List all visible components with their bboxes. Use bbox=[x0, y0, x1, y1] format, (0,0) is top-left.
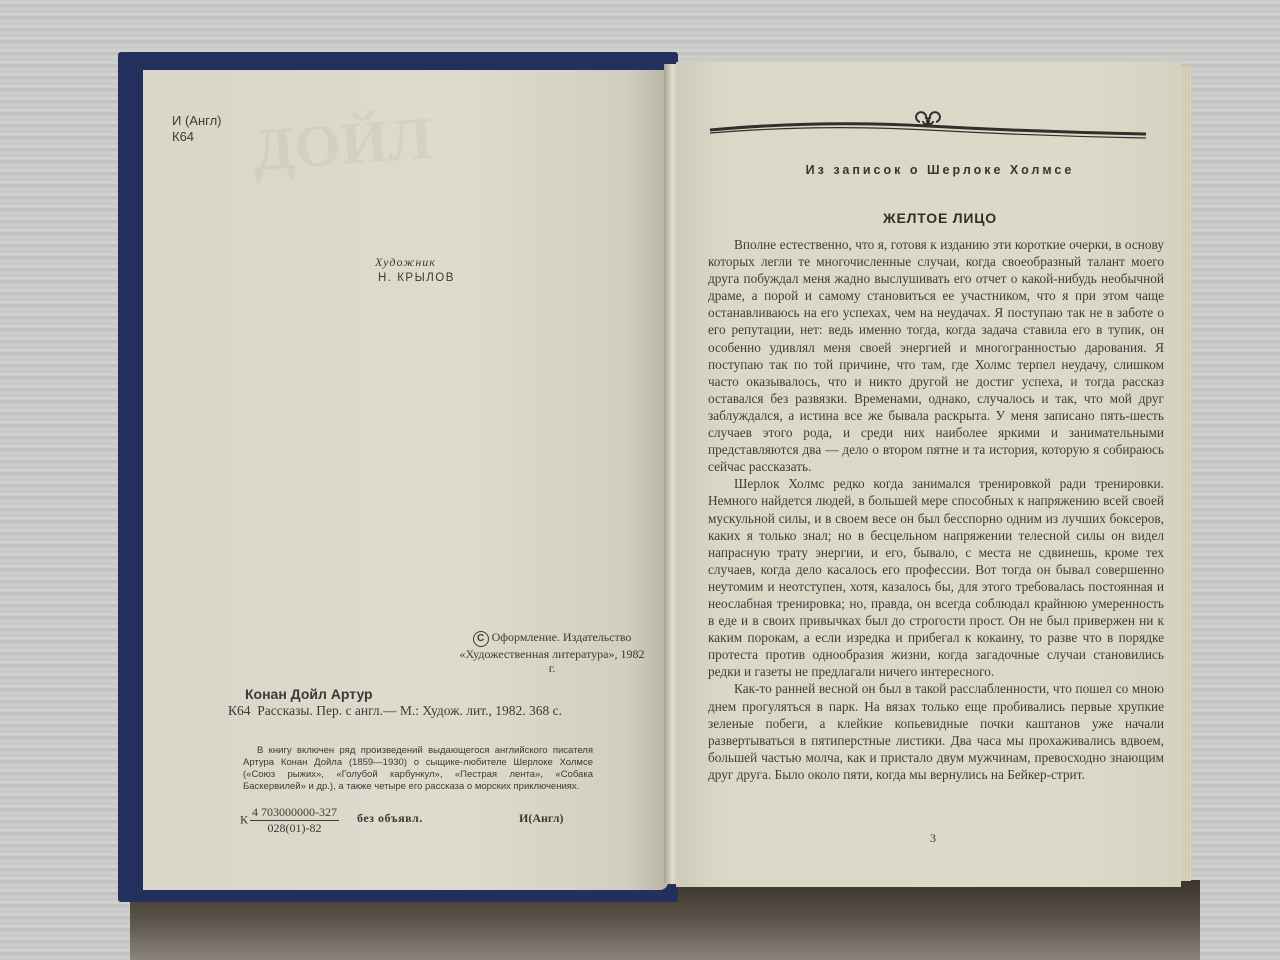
author-name: Конан Дойл Артур bbox=[245, 686, 373, 702]
bibliographic-record: К64 Рассказы. Пер. с англ.— М.: Худож. л… bbox=[228, 702, 588, 719]
book-annotation: В книгу включен ряд произведений выдающе… bbox=[243, 745, 593, 793]
paragraph: Шерлок Холмс редко когда занимался трени… bbox=[708, 475, 1164, 680]
paragraph: Вполне естественно, что я, готовя к изда… bbox=[708, 236, 1164, 475]
copyright-icon: C bbox=[473, 631, 489, 647]
artist-name: Н. КРЫЛОВ bbox=[378, 272, 455, 284]
language-mark: И(Англ) bbox=[519, 811, 563, 826]
isbn-fraction: 4 703000000-327 028(01)-82 bbox=[250, 805, 339, 836]
page-edges bbox=[1181, 66, 1191, 881]
isbn-denominator: 028(01)-82 bbox=[250, 821, 339, 836]
classification-mark: И (Англ) К64 bbox=[172, 113, 222, 145]
artist-label: Художник bbox=[375, 255, 436, 270]
paragraph: Как-то ранней весной он был в такой расс… bbox=[708, 680, 1164, 783]
bleed-through-text: ДОЙЛ bbox=[251, 104, 435, 185]
isbn-numerator: 4 703000000-327 bbox=[250, 805, 339, 821]
classification-line-2: К64 bbox=[172, 129, 222, 145]
no-advertisement-note: без объявл. bbox=[357, 811, 423, 826]
biblio-code: К64 bbox=[228, 703, 251, 718]
section-title: Из записок о Шерлоке Холмсе bbox=[700, 163, 1180, 177]
catalog-index: К 4 703000000-327 028(01)-82 bbox=[240, 805, 339, 836]
swirl-ornament-icon bbox=[708, 108, 1148, 148]
story-body: Вполне естественно, что я, готовя к изда… bbox=[708, 236, 1164, 783]
story-title: ЖЕЛТОЕ ЛИЦО bbox=[700, 210, 1180, 226]
classification-line-1: И (Англ) bbox=[172, 113, 222, 129]
isbn-prefix: К bbox=[240, 812, 248, 826]
copyright-notice: C Оформление. Издательство «Художественн… bbox=[457, 630, 647, 675]
page-number: 3 bbox=[930, 831, 936, 846]
biblio-text: Рассказы. Пер. с англ.— М.: Худож. лит.,… bbox=[257, 703, 562, 718]
